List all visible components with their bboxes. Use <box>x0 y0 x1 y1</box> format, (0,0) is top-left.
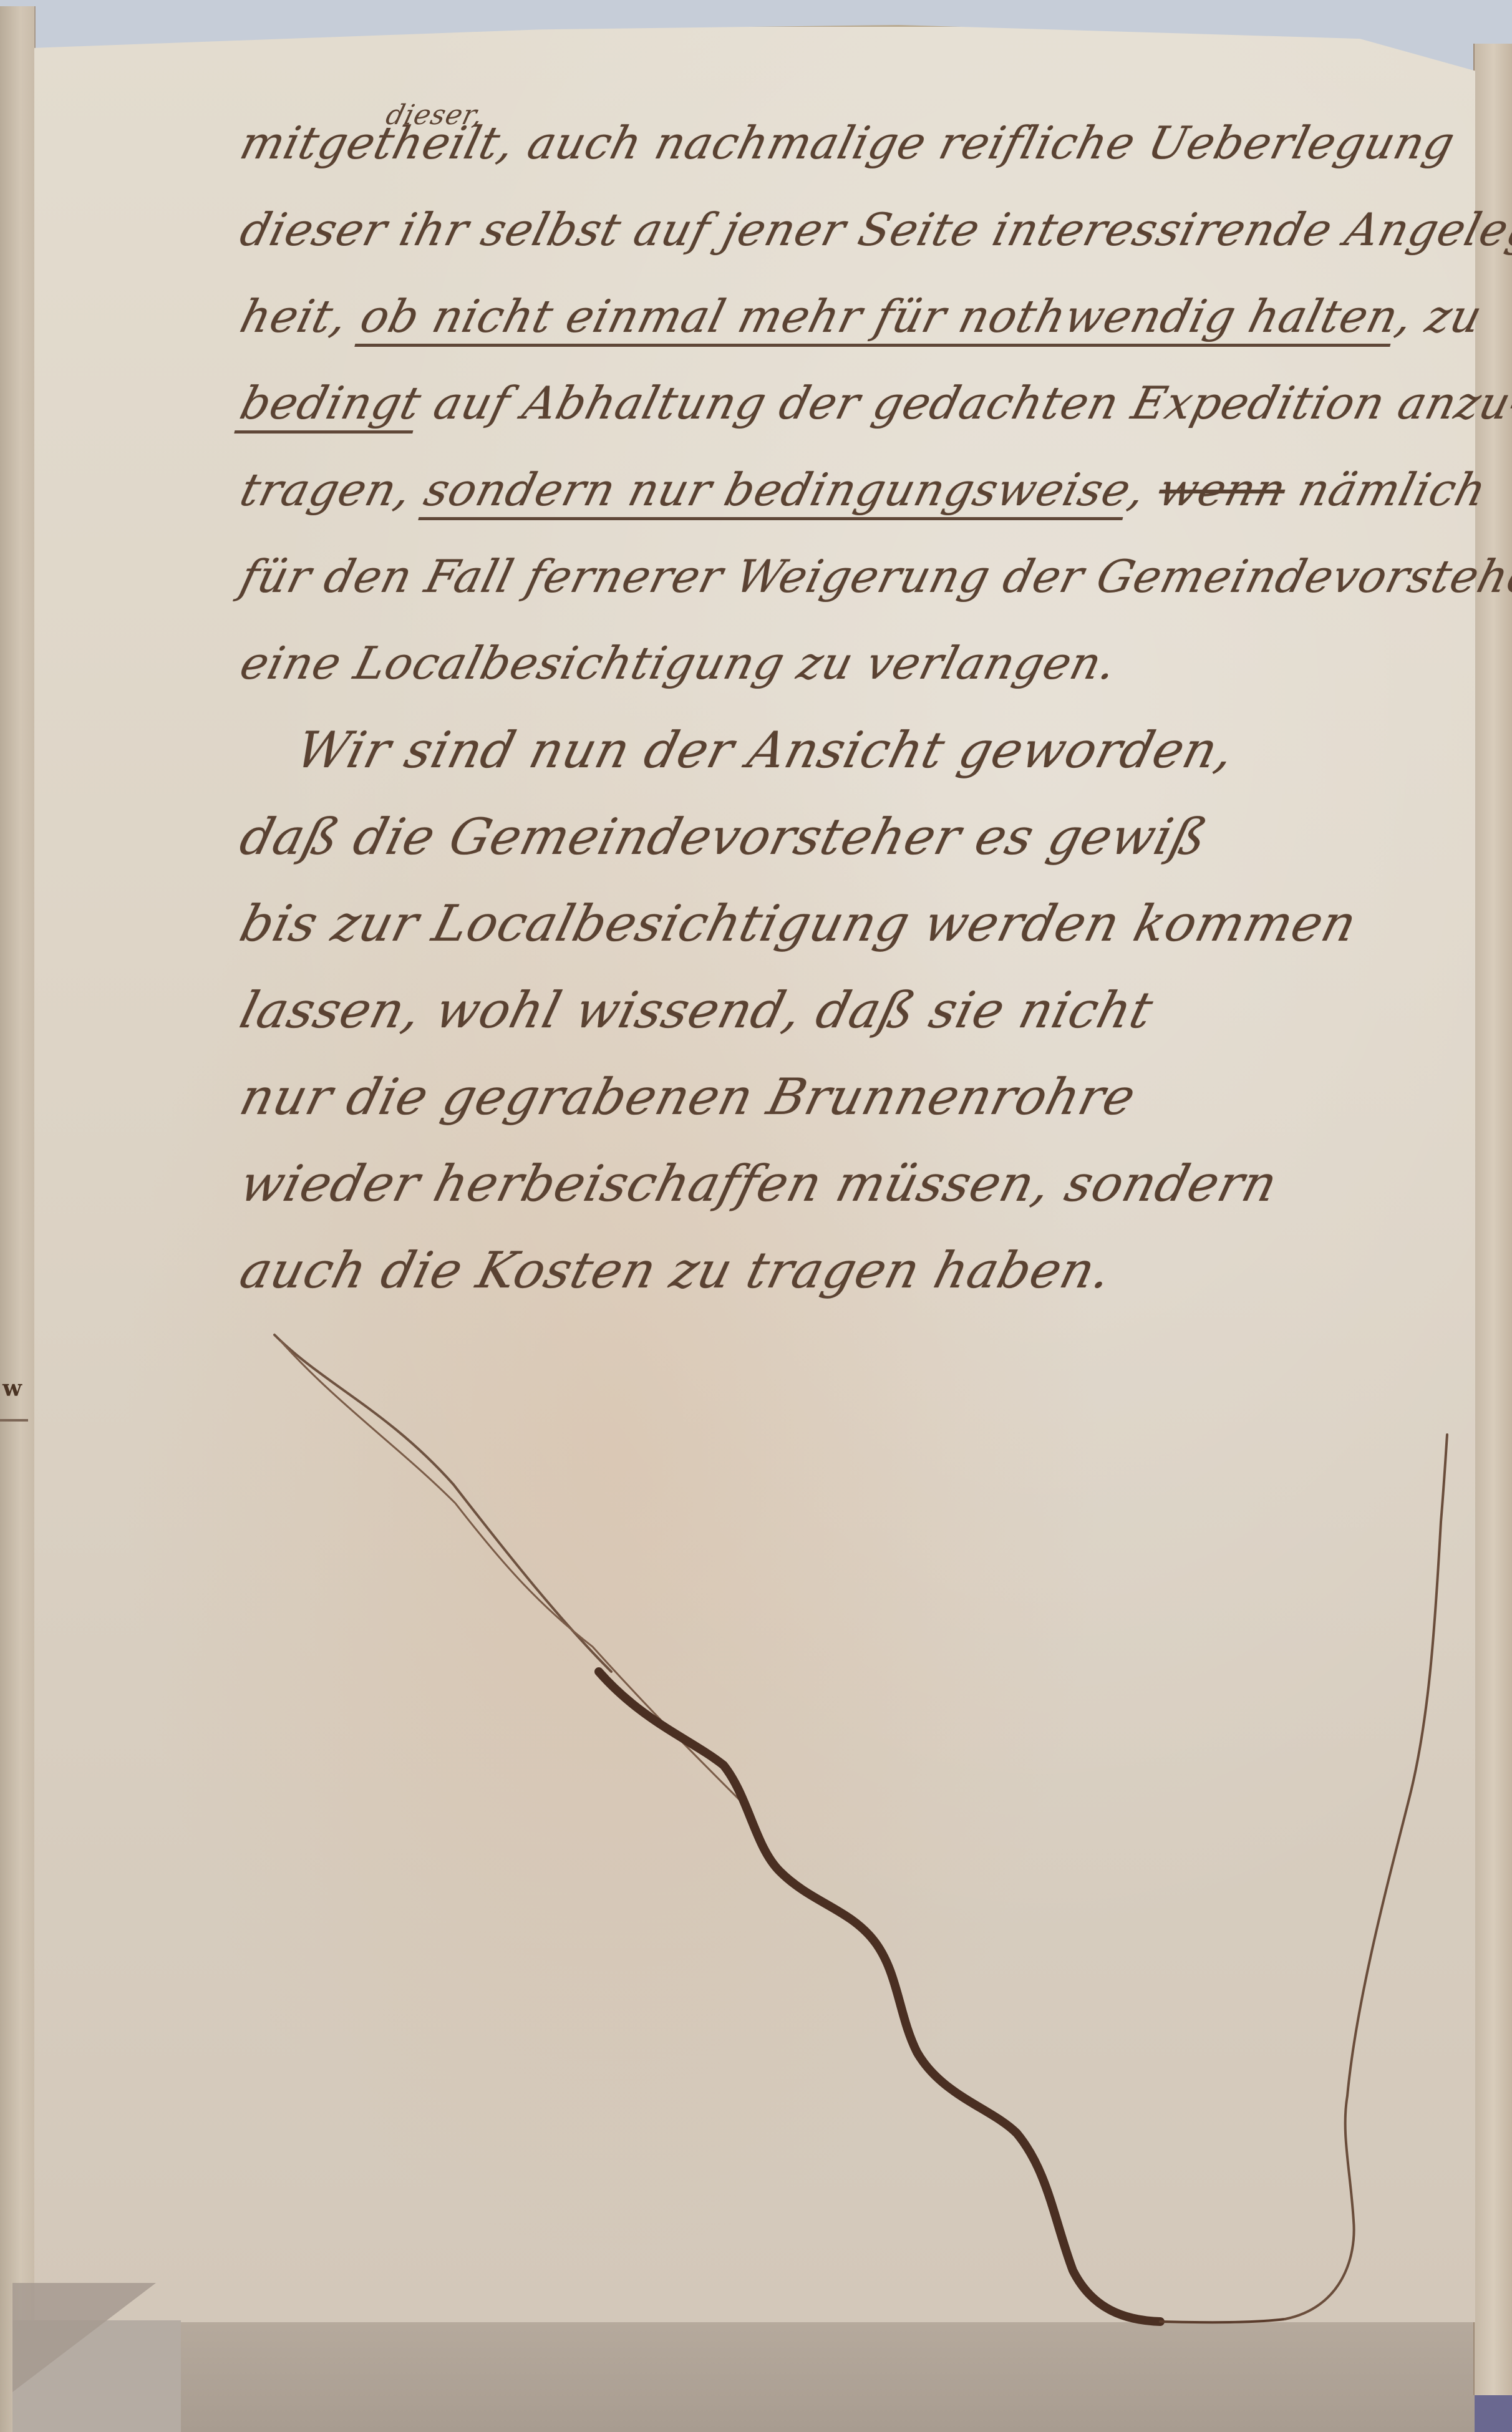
underlined-phrase: sondern nur bedingungsweise <box>418 463 1136 520</box>
struck-word: wenn <box>1153 463 1292 516</box>
text-line: dieser ihr selbst auf jener Seite intere… <box>231 187 1488 273</box>
text-line: Wir sind nun der Ansicht geworden, <box>231 707 1488 793</box>
text-line: für den Fall fernerer Weigerung der Geme… <box>231 533 1488 620</box>
binding-rule <box>0 1419 28 1422</box>
text-line: mitgetheilt, auch nachmalige reifliche U… <box>231 100 1488 187</box>
document-scene: w dieser, mitgetheilt, auch nachmalige r… <box>0 0 1512 2432</box>
text-line: bis zur Localbesichtigung werden kommen <box>231 880 1488 967</box>
backdrop <box>0 2320 1512 2432</box>
underlined-phrase: ob nicht einmal mehr für nothwendig halt… <box>354 290 1404 347</box>
binding-strip: w <box>0 6 36 2432</box>
line-1-wrap: dieser, mitgetheilt, auch nachmalige rei… <box>231 100 1466 187</box>
text-segment: heit, <box>235 290 369 342</box>
text-line: lassen, wohl wissend, daß sie nicht <box>231 967 1488 1054</box>
text-line: heit, ob nicht einmal mehr für nothwendi… <box>231 273 1488 360</box>
underlined-phrase: bedingt <box>234 377 427 434</box>
text-line: daß die Gemeindevorsteher es gewiß <box>231 793 1488 880</box>
binding-mark: w <box>2 1375 22 1402</box>
text-line: eine Localbesichtigung zu verlangen. <box>231 620 1488 707</box>
folded-corner <box>12 2283 156 2392</box>
text-line: bedingt auf Abhaltung der gedachten Expe… <box>231 360 1488 447</box>
text-segment: tragen, <box>235 463 432 516</box>
text-line: auch die Kosten zu tragen haben. <box>231 1227 1488 1314</box>
manuscript-text: dieser, mitgetheilt, auch nachmalige rei… <box>231 100 1466 1314</box>
text-line: wieder herbeischaffen müssen, sondern <box>231 1140 1488 1227</box>
text-segment: , zu <box>1391 290 1488 342</box>
backdrop-corner <box>1475 2395 1512 2432</box>
text-segment: auf Abhaltung der gedachten Expedition a… <box>414 377 1512 429</box>
text-line: tragen, sondern nur bedingungsweise, wen… <box>231 447 1488 533</box>
text-line: nur die gegrabenen Brunnenrohre <box>231 1054 1488 1140</box>
text-segment: nämlich <box>1279 463 1492 516</box>
